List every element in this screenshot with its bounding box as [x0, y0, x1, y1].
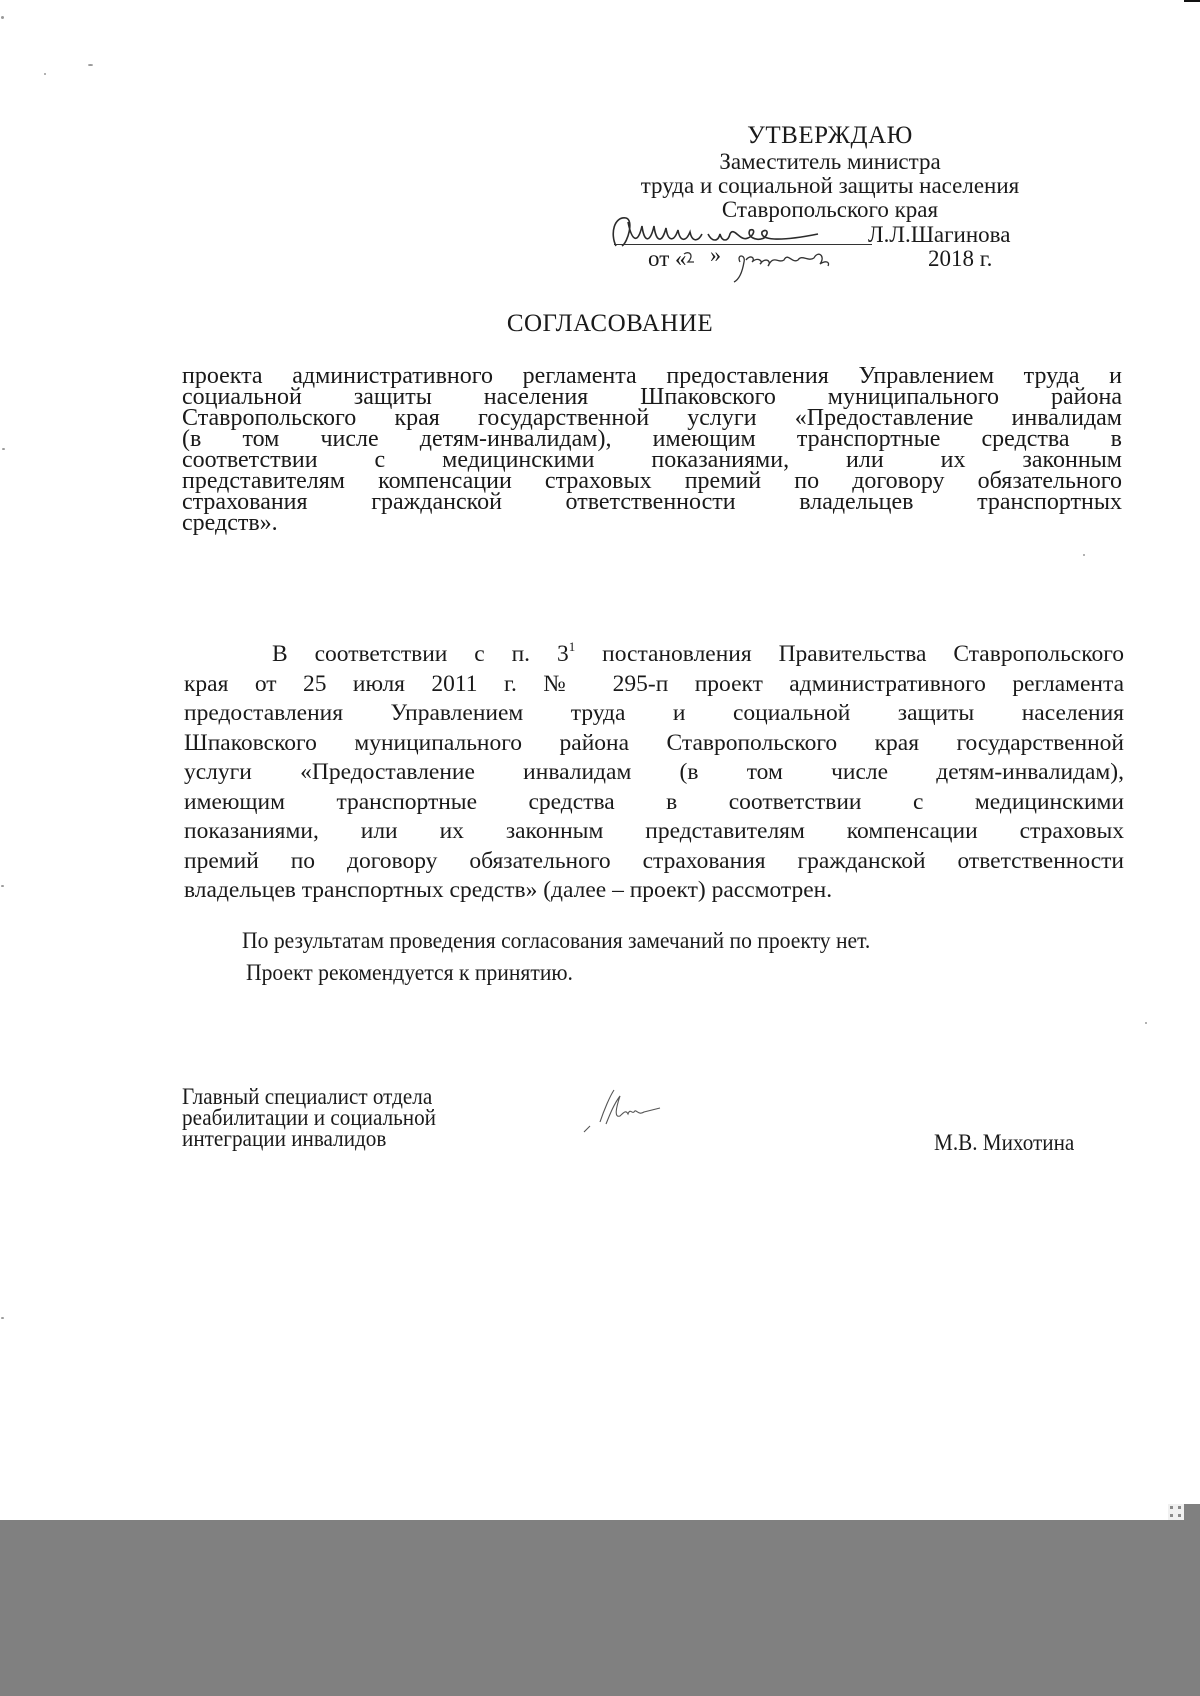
- body-line: Шпаковского муниципального района Ставро…: [184, 729, 1124, 759]
- signer-position-line: реабилитации и социальной: [182, 1107, 436, 1128]
- signer-signature: [580, 1086, 690, 1136]
- signer-position-line: интеграции инвалидов: [182, 1128, 436, 1149]
- subject-line: средств».: [182, 513, 1122, 534]
- approval-position-line: труда и социальной защиты населения: [590, 174, 1070, 198]
- body-line: услуги «Предоставление инвалидам (в том …: [184, 758, 1124, 788]
- recommendation-statement: Проект рекомендуется к принятию.: [246, 960, 573, 987]
- approver-name: Л.Л.Шагинова: [868, 222, 1010, 248]
- body-line: края от 25 июля 2011 г. № 295-п проект а…: [184, 670, 1124, 700]
- signer-position-line: Главный специалист отдела: [182, 1086, 436, 1107]
- scan-speck: [88, 64, 93, 66]
- approval-heading: УТВЕРЖДАЮ: [590, 122, 1070, 150]
- scan-edge-mark: [1184, 0, 1200, 2]
- body-line: предоставления Управлением труда и социа…: [184, 699, 1124, 729]
- result-statement: По результатам проведения согласования з…: [242, 928, 870, 955]
- subject-line: страхования гражданской ответственности …: [182, 492, 1122, 513]
- body-line: владельцев транспортных средств» (далее …: [184, 876, 1124, 906]
- viewer-background: [0, 1520, 1200, 1696]
- scan-speck: [1, 16, 4, 19]
- body-text-fragment: В соответствии с п. 3: [272, 641, 569, 667]
- signer-name: М.В. Михотина: [934, 1130, 1074, 1156]
- resize-grip-icon[interactable]: [1168, 1504, 1184, 1520]
- approval-position-line: Заместитель министра: [590, 150, 1070, 174]
- scan-speck: [1145, 1022, 1147, 1024]
- viewer-background: [1184, 1504, 1200, 1520]
- scan-speck: [1083, 554, 1085, 556]
- body-line: В соответствии с п. 31 постановления Пра…: [184, 640, 1124, 670]
- handwritten-date: »: [680, 244, 880, 284]
- scan-speck: [1, 1317, 4, 1319]
- scan-speck: [44, 73, 46, 75]
- body-line: премий по договору обязательного страхов…: [184, 847, 1124, 877]
- body-line: имеющим транспортные средства в соответс…: [184, 788, 1124, 818]
- document-title: СОГЛАСОВАНИЕ: [0, 310, 1200, 338]
- document-page: УТВЕРЖДАЮ Заместитель министра труда и с…: [0, 0, 1200, 1520]
- document-body: В соответствии с п. 31 постановления Пра…: [184, 640, 1124, 906]
- svg-text:»: »: [710, 244, 721, 267]
- scan-speck: [1, 885, 4, 887]
- body-line: показаниями, или их законным представите…: [184, 817, 1124, 847]
- scan-speck: [2, 448, 5, 450]
- signer-position: Главный специалист отдела реабилитации и…: [182, 1086, 436, 1149]
- approval-block: УТВЕРЖДАЮ Заместитель министра труда и с…: [590, 122, 1070, 222]
- approval-date-year: 2018 г.: [928, 246, 992, 272]
- document-subject: проекта административного регламента пре…: [182, 366, 1122, 534]
- body-text-fragment: постановления Правительства Ставропольск…: [575, 641, 1124, 667]
